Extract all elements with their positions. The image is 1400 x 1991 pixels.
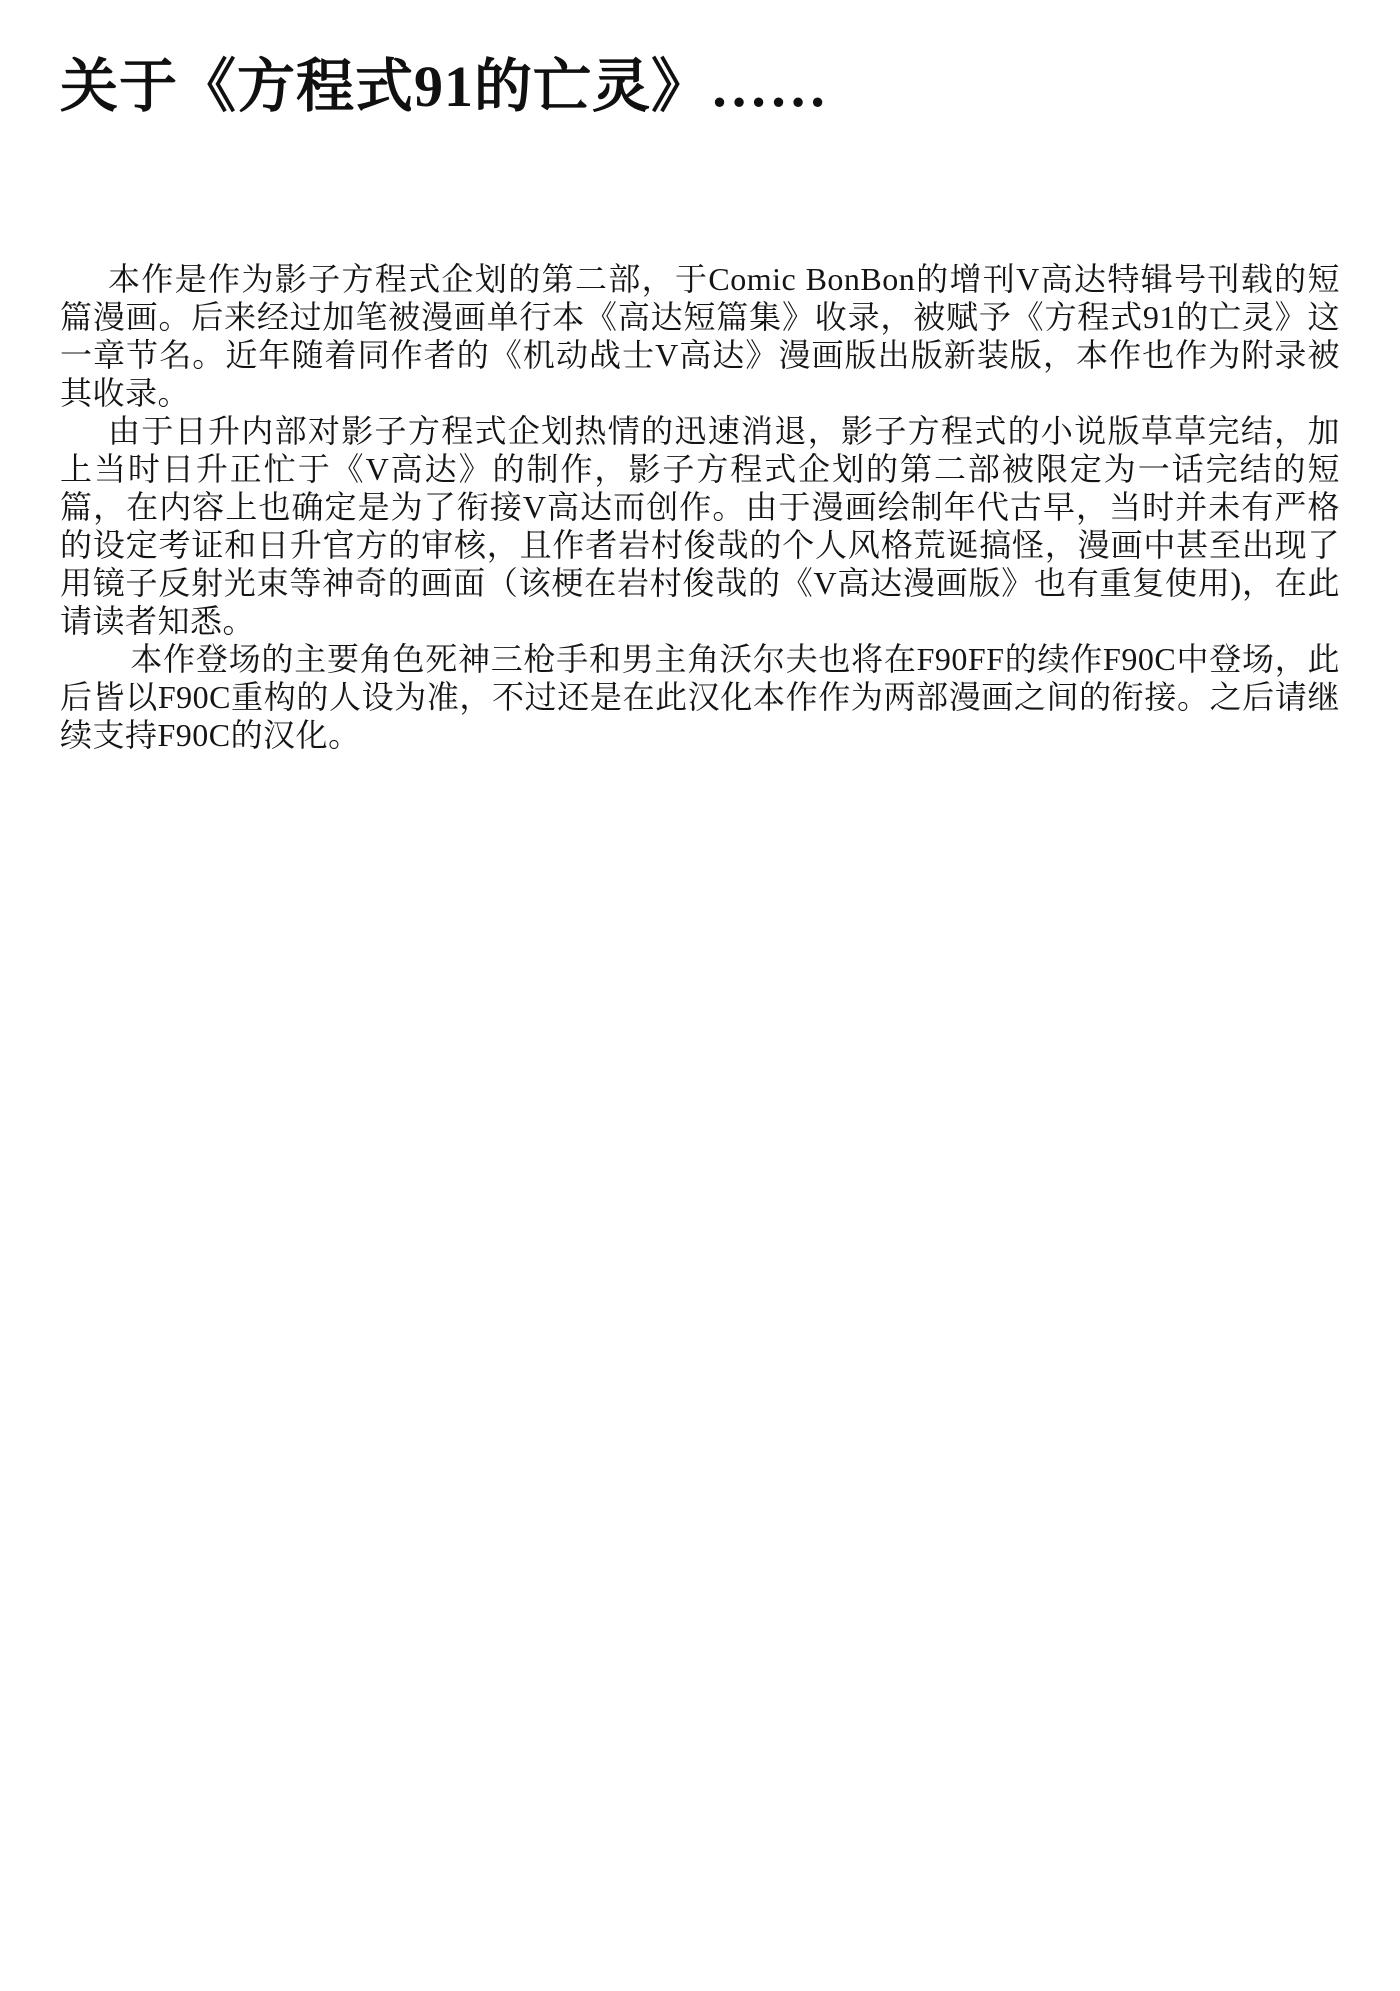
paragraph-translator-note: 本作登场的主要角色死神三枪手和男主角沃尔夫也将在F90FF的续作F90C中登场，… [60, 640, 1340, 754]
paragraph-background: 由于日升内部对影子方程式企划热情的迅速消退，影子方程式的小说版草草完结，加上当时… [60, 412, 1340, 640]
document-body: 本作是作为影子方程式企划的第二部，于Comic BonBon的增刊V高达特辑号刊… [60, 260, 1340, 754]
page-title: 关于《方程式91的亡灵》…… [60, 52, 1340, 122]
paragraph-intro: 本作是作为影子方程式企划的第二部，于Comic BonBon的增刊V高达特辑号刊… [60, 260, 1340, 412]
document-page: 关于《方程式91的亡灵》…… 本作是作为影子方程式企划的第二部，于Comic B… [0, 0, 1400, 1991]
